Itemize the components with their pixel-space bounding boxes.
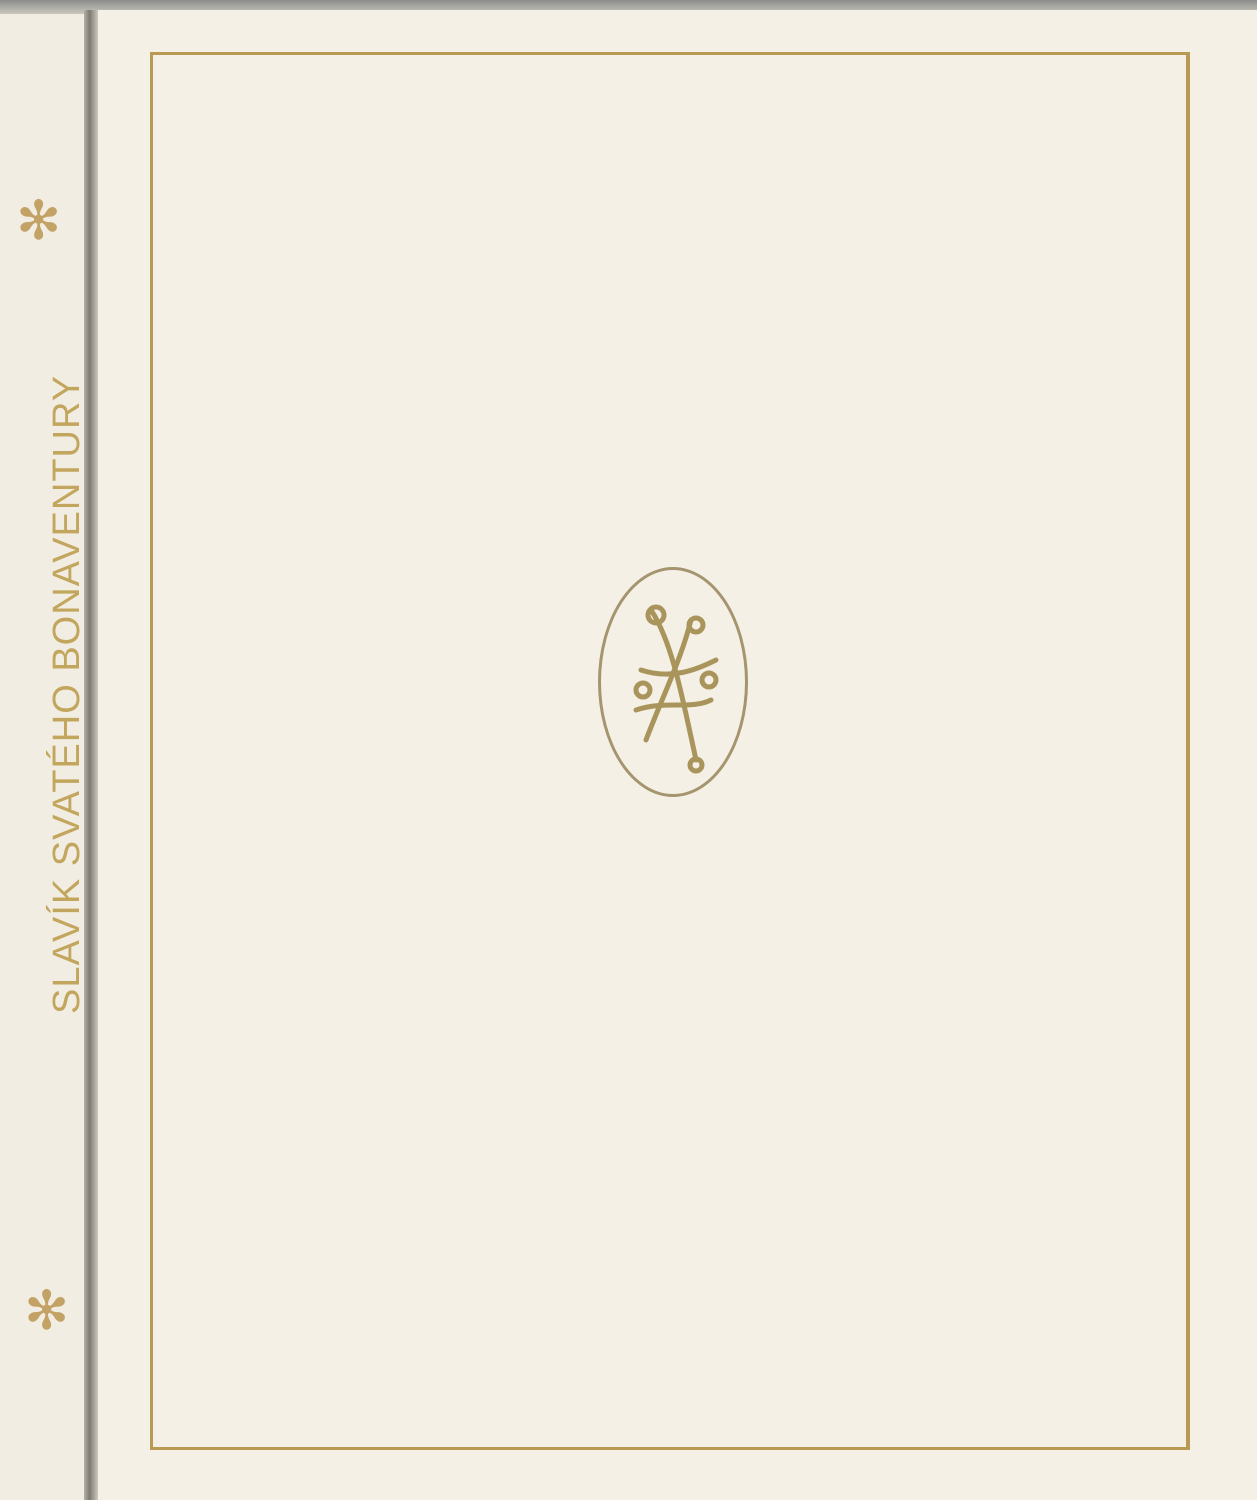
star-ornament-icon: ✻: [24, 1284, 69, 1338]
spine-hinge: [84, 10, 98, 1500]
spine-title: SLAVÍK SVATÉHO BONAVENTURY: [46, 375, 89, 1014]
floral-monogram-emblem-icon: [598, 567, 748, 797]
book-spine: ✻ SLAVÍK SVATÉHO BONAVENTURY ✻: [0, 14, 84, 1500]
star-ornament-icon: ✻: [16, 194, 61, 248]
